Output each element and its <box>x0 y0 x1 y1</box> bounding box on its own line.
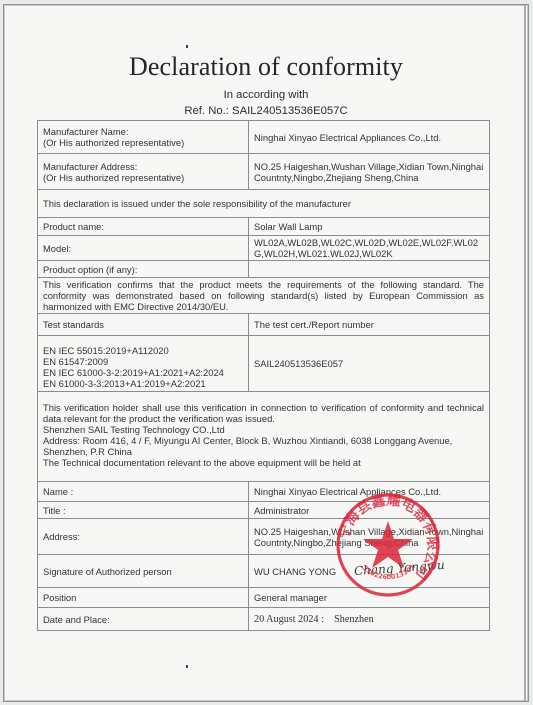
standard-item: EN IEC 61000-3-2:2019+A1:2021+A2:2024 <box>43 367 243 378</box>
holder-title-value: Administrator <box>249 502 490 519</box>
table-row-holder-statement: This verification holder shall use this … <box>38 392 490 482</box>
holder-address-value: NO.25 Haigeshan,Wushan Village,Xidian To… <box>249 519 490 555</box>
table-row-holder-name: Name : Ninghai Xinyao Electrical Applian… <box>38 482 490 502</box>
table-row-standards: EN IEC 55015:2019+A112020 EN 61547:2009 … <box>38 336 490 392</box>
declaration-statement: This declaration is issued under the sol… <box>38 190 490 218</box>
document-subtitle: In according with <box>4 89 528 101</box>
product-name-value: Solar Wall Lamp <box>249 218 490 236</box>
table-row-declaration: This declaration is issued under the sol… <box>38 190 490 218</box>
manufacturer-name-label: Manufacturer Name: (Or His authorized re… <box>38 121 249 154</box>
manufacturer-address-label: Manufacturer Address: (Or His authorized… <box>38 154 249 190</box>
product-name-label: Product name: <box>38 218 249 236</box>
table-row-signature: Signature of Authorized person WU CHANG … <box>38 555 490 588</box>
signature-value: WU CHANG YONG <box>249 555 490 588</box>
manufacturer-name-value: Ninghai Xinyao Electrical Appliances Co.… <box>249 121 490 154</box>
table-row-holder-address: Address: NO.25 Haigeshan,Wushan Village,… <box>38 519 490 555</box>
table-row-date-place: Date and Place: 20 August 2024 : Shenzhe… <box>38 608 490 631</box>
holder-name-label: Name : <box>38 482 249 502</box>
declaration-table: Manufacturer Name: (Or His authorized re… <box>37 120 490 631</box>
scan-speck <box>186 45 188 48</box>
report-number-value: SAIL240513536E057 <box>249 336 490 392</box>
table-row-manufacturer-name: Manufacturer Name: (Or His authorized re… <box>38 121 490 154</box>
holder-address-label: Address: <box>38 519 249 555</box>
scan-speck <box>186 665 188 668</box>
table-row-holder-title: Title : Administrator <box>38 502 490 519</box>
label-text: Manufacturer Address: <box>43 161 243 172</box>
date-place-value: 20 August 2024 : Shenzhen <box>249 608 490 631</box>
reference-number: Ref. No.: SAIL240513536E057C <box>4 105 528 117</box>
label-subtext: (Or His authorized representative) <box>43 172 243 183</box>
position-value: General manager <box>249 588 490 608</box>
holder-statement: This verification holder shall use this … <box>38 392 490 482</box>
document-title: Declaration of conformity <box>4 52 528 82</box>
testing-company: Shenzhen SAIL Testing Technology CO.,Ltd <box>43 424 484 435</box>
holder-title-label: Title : <box>38 502 249 519</box>
standard-item: EN 61547:2009 <box>43 356 243 367</box>
report-number-header: The test cert./Report number <box>249 314 490 336</box>
holder-name-value: Ninghai Xinyao Electrical Appliances Co.… <box>249 482 490 502</box>
testing-company-address: Address: Room 416, 4 / F, Miyungu AI Cen… <box>43 435 484 457</box>
signature-label: Signature of Authorized person <box>38 555 249 588</box>
standard-item: EN 61000-3-3:2013+A1:2019+A2:2021 <box>43 378 243 389</box>
holder-statement-text: This verification holder shall use this … <box>43 402 484 424</box>
label-subtext: (Or His authorized representative) <box>43 137 243 148</box>
label-text: Manufacturer Name: <box>43 126 243 137</box>
model-label: Model: <box>38 236 249 261</box>
table-row-verification: This verification confirms that the prod… <box>38 278 490 314</box>
manufacturer-address-value: NO.25 Haigeshan,Wushan Village,Xidian To… <box>249 154 490 190</box>
date-place-label: Date and Place: <box>38 608 249 631</box>
table-row-product-name: Product name: Solar Wall Lamp <box>38 218 490 236</box>
table-row-manufacturer-address: Manufacturer Address: (Or His authorized… <box>38 154 490 190</box>
verification-statement: This verification confirms that the prod… <box>38 278 490 314</box>
table-row-product-option: Product option (if any): <box>38 261 490 278</box>
test-standards-header: Test standards <box>38 314 249 336</box>
model-value: WL02A,WL02B,WL02C,WL02D,WL02E,WL02F.WL02… <box>249 236 490 261</box>
product-option-label: Product option (if any): <box>38 261 249 278</box>
product-option-value <box>249 261 490 278</box>
standard-item: EN IEC 55015:2019+A112020 <box>43 345 243 356</box>
table-row-position: Position General manager <box>38 588 490 608</box>
position-label: Position <box>38 588 249 608</box>
table-row-model: Model: WL02A,WL02B,WL02C,WL02D,WL02E,WL0… <box>38 236 490 261</box>
standards-list: EN IEC 55015:2019+A112020 EN 61547:2009 … <box>38 336 249 392</box>
technical-documentation-note: The Technical documentation relevant to … <box>43 457 484 468</box>
table-row-standards-header: Test standards The test cert./Report num… <box>38 314 490 336</box>
